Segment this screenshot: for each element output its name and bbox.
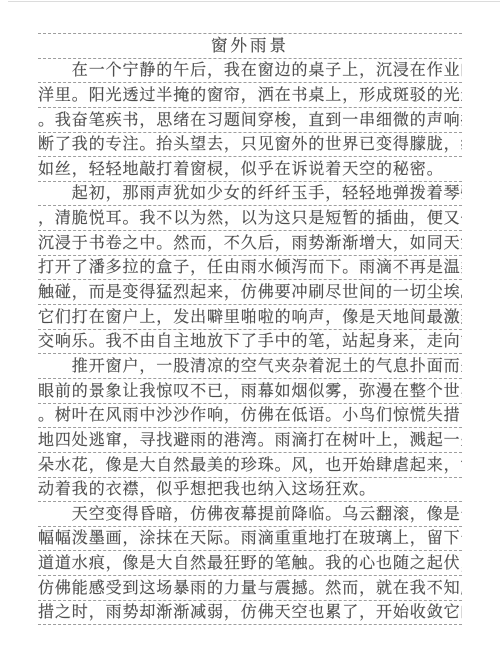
essay-line-text: 起初，那雨声犹如少女的纤纤玉手，轻轻地弹拨着琴弦: [38, 182, 462, 205]
essay-line-text: 天空变得昏暗，仿佛夜幕提前降临。乌云翻滚，像是一: [38, 503, 462, 526]
essay-line-text: 推开窗户，一股清凉的空气夹杂着泥土的气息扑面而来。: [38, 355, 462, 378]
essay-line: 如丝，轻轻地敲打着窗棂，似乎在诉说着天空的秘密。: [38, 157, 462, 182]
essay-line-text: 地四处逃窜，寻找避雨的港湾。雨滴打在树叶上，溅起一朵: [38, 429, 462, 452]
essay-line-text: 在一个宁静的午后，我在窗边的桌子上，沉浸在作业的海: [38, 59, 462, 82]
essay-line: 洋里。阳光透过半掩的窗帘，洒在书桌上，形成斑驳的光影: [38, 83, 462, 108]
essay-line: 起初，那雨声犹如少女的纤纤玉手，轻轻地弹拨着琴弦: [38, 182, 462, 207]
essay-line: 交响乐。我不由自主地放下了手中的笔，站起身来，走向窗前。: [38, 330, 462, 355]
title-row: 窗外雨景: [38, 34, 462, 59]
essay-line-text: 仿佛能感受到这场暴雨的力量与震撼。然而，就在我不知所: [38, 577, 462, 600]
essay-line-text: ，清脆悦耳。我不以为然，以为这只是短暂的插曲，便又低头: [38, 207, 462, 230]
essay-line: 措之时，雨势却渐渐减弱，仿佛天空也累了，开始收敛它的: [38, 601, 462, 626]
essay-line-text: 断了我的专注。抬头望去，只见窗外的世界已变得朦胧，细雨: [38, 133, 462, 156]
essay-line: 断了我的专注。抬头望去，只见窗外的世界已变得朦胧，细雨: [38, 133, 462, 158]
essay-line: 。树叶在风雨中沙沙作响，仿佛在低语。小鸟们惊慌失措: [38, 404, 462, 429]
essay-line: 幅幅泼墨画，涂抹在天际。雨滴重重地打在玻璃上，留下一: [38, 527, 462, 552]
essay-line: ，清脆悦耳。我不以为然，以为这只是短暂的插曲，便又低头: [38, 206, 462, 231]
essay-line-text: 道道水痕，像是大自然最狂野的笔触。我的心也随之起伏，: [38, 552, 462, 575]
essay-line: 打开了潘多拉的盒子，任由雨水倾泻而下。雨滴不再是温柔的: [38, 256, 462, 281]
essay-line-text: 沉浸于书卷之中。然而，不久后，雨势渐渐增大，如同天空: [38, 232, 462, 255]
essay-line-text: 幅幅泼墨画，涂抹在天际。雨滴重重地打在玻璃上，留下一: [38, 527, 462, 550]
essay-line: 推开窗户，一股清凉的空气夹杂着泥土的气息扑面而来。: [38, 354, 462, 379]
essay-line: 触碰，而是变得猛烈起来，仿佛要冲刷尽世间的一切尘埃。: [38, 280, 462, 305]
essay-line: 道道水痕，像是大自然最狂野的笔触。我的心也随之起伏，: [38, 551, 462, 576]
essay-line-text: 交响乐。我不由自主地放下了手中的笔，站起身来，走向窗前。: [38, 330, 462, 353]
essay-line: 朵水花，像是大自然最美的珍珠。风，也开始肆虐起来，它吹: [38, 453, 462, 478]
essay-line: 眼前的景象让我惊叹不已，雨幕如烟似雾，弥漫在整个世界: [38, 379, 462, 404]
essay-line: 动着我的衣襟，似乎想把我也纳入这场狂欢。: [38, 478, 462, 503]
essay-line: 在一个宁静的午后，我在窗边的桌子上，沉浸在作业的海: [38, 59, 462, 84]
essay-line-text: 触碰，而是变得猛烈起来，仿佛要冲刷尽世间的一切尘埃。: [38, 281, 462, 304]
essay-line: 。我奋笔疾书，思绪在习题间穿梭，直到一串细微的声响打: [38, 108, 462, 133]
essay-line: 沉浸于书卷之中。然而，不久后，雨势渐渐增大，如同天空: [38, 231, 462, 256]
essay-line-text: 洋里。阳光透过半掩的窗帘，洒在书桌上，形成斑驳的光影: [38, 84, 462, 107]
essay-line-text: 眼前的景象让我惊叹不已，雨幕如烟似雾，弥漫在整个世界: [38, 380, 462, 403]
essay-line-text: 如丝，轻轻地敲打着窗棂，似乎在诉说着天空的秘密。: [38, 158, 462, 181]
essay-line: 地四处逃窜，寻找避雨的港湾。雨滴打在树叶上，溅起一朵: [38, 428, 462, 453]
essay-line-text: 打开了潘多拉的盒子，任由雨水倾泻而下。雨滴不再是温柔的: [38, 256, 462, 279]
scan-edge-line: [8, 1, 500, 2]
essay-line-text: 措之时，雨势却渐渐减弱，仿佛天空也累了，开始收敛它的: [38, 601, 462, 624]
essay-line-text: 动着我的衣襟，似乎想把我也纳入这场狂欢。: [38, 478, 462, 501]
ruled-paper: 窗外雨景 在一个宁静的午后，我在窗边的桌子上，沉浸在作业的海 洋里。阳光透过半掩…: [38, 33, 462, 625]
essay-line-text: 朵水花，像是大自然最美的珍珠。风，也开始肆虐起来，它吹: [38, 454, 462, 477]
essay-line: 它们打在窗户上，发出噼里啪啦的响声，像是天地间最激烈的: [38, 305, 462, 330]
essay-title: 窗外雨景: [38, 35, 462, 58]
essay-line: 仿佛能感受到这场暴雨的力量与震撼。然而，就在我不知所: [38, 576, 462, 601]
essay-line-text: 。我奋笔疾书，思绪在习题间穿梭，直到一串细微的声响打: [38, 109, 462, 132]
essay-line-text: 。树叶在风雨中沙沙作响，仿佛在低语。小鸟们惊慌失措: [38, 404, 462, 427]
essay-line-text: 它们打在窗户上，发出噼里啪啦的响声，像是天地间最激烈的: [38, 306, 462, 329]
essay-line: 天空变得昏暗，仿佛夜幕提前降临。乌云翻滚，像是一: [38, 502, 462, 527]
